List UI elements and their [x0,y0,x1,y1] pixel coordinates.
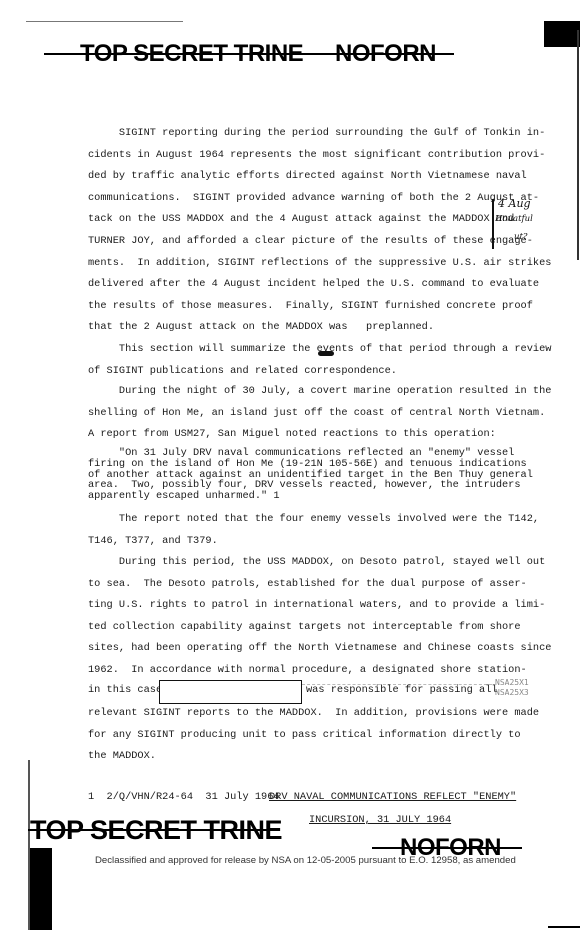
text-line: A report from USM27, San Miguel noted re… [88,424,508,446]
paragraph-desoto-end: relevant SIGINT reports to the MADDOX. I… [88,703,508,768]
text-line: ments. In addition, SIGINT reflections o… [88,253,508,275]
scan-artifact-block-left [30,848,52,930]
text-line: delivered after the 4 August incident he… [88,274,508,296]
document-page: TOP SECRET TRINE NOFORN SIGINT reporting… [0,0,580,930]
text-line: firing on the island of Hon Me (19-21N 1… [88,459,533,470]
text-line: that the 2 August attack on the MADDOX w… [88,317,508,339]
redaction-line-before: in this case, [88,684,168,696]
exemption-code: NSA25X3 [495,688,529,697]
classification-strikethrough [28,829,268,831]
paragraph-vessels: The report noted that the four enemy ves… [88,509,508,552]
block-quote: "On 31 July DRV naval communications ref… [88,448,533,502]
text-line: sites, had been operating off the North … [88,638,508,660]
text-line: cidents in August 1964 represents the mo… [88,145,508,167]
text-line: During the night of 30 July, a covert ma… [88,381,508,403]
text-line: for any SIGINT producing unit to pass cr… [88,725,508,747]
text-line: of SIGINT publications and related corre… [88,361,508,383]
handwritten-note: 4 Aug Houatful ut? [492,197,552,257]
text-line: shelling of Hon Me, an island just off t… [88,403,508,425]
text-line: This section will summarize the events o… [88,339,508,361]
text-line: ted collection capability against target… [88,617,508,639]
text-line: tack on the USS MADDOX and the 4 August … [88,209,508,231]
handwritten-line-2: Houatful [495,214,533,224]
margin-bracket [492,199,494,249]
text-line: During this period, the USS MADDOX, on D… [88,552,508,574]
text-line: the results of those measures. Finally, … [88,296,508,318]
text-line: ded by traffic analytic efforts directed… [88,166,508,188]
text-line: apparently escaped unharmed." 1 [88,491,533,502]
declassification-notice: Declassified and approved for release by… [95,855,516,866]
scan-artifact-block [544,21,580,47]
exemption-code: NSA25X1 [495,678,529,687]
scan-artifact-rule [26,21,183,22]
footnote-title-continued: INCURSION, 31 JULY 1964 [309,814,451,826]
handwritten-line-1: 4 Aug [498,197,531,210]
text-line: The report noted that the four enemy ves… [88,509,508,531]
text-line: relevant SIGINT reports to the MADDOX. I… [88,703,508,725]
redaction-line-after: was responsible for passing all [306,684,498,696]
text-line: T146, T377, and T379. [88,531,508,553]
scan-artifact-corner [548,926,580,928]
redaction-box [159,680,302,704]
text-line: SIGINT reporting during the period surro… [88,123,508,145]
classification-strikethrough [44,53,454,55]
text-line: ting U.S. rights to patrol in internatio… [88,595,508,617]
text-line: communications. SIGINT provided advance … [88,188,508,210]
paragraph-intro: SIGINT reporting during the period surro… [88,123,508,339]
text-line: the MADDOX. [88,746,508,768]
handwritten-line-3: ut? [514,232,527,242]
paragraph-hon-me: During the night of 30 July, a covert ma… [88,381,508,446]
paragraph-summary: This section will summarize the events o… [88,339,508,382]
footnote-title: DRV NAVAL COMMUNICATIONS REFLECT "ENEMY" [269,791,516,803]
footnote-reference: 1 2/Q/VHN/R24-64 31 July 1964 [88,791,280,803]
paragraph-desoto: During this period, the USS MADDOX, on D… [88,552,508,682]
text-line: 1962. In accordance with normal procedur… [88,660,508,682]
classification-strikethrough [372,847,522,849]
text-line: to sea. The Desoto patrols, established … [88,574,508,596]
text-line: TURNER JOY, and afforded a clear picture… [88,231,508,253]
scan-artifact-edge [577,30,579,260]
